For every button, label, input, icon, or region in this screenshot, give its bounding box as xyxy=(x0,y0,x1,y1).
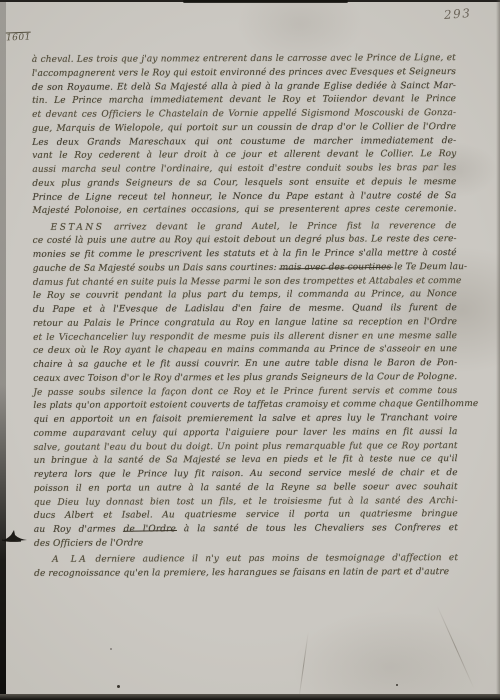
manuscript-line: deux plus grands Seigneurs de sa Cour, l… xyxy=(32,176,456,192)
manuscript-line: monies se fit comme le prescrivent les s… xyxy=(33,247,457,263)
paragraph-initial-caps: A LA xyxy=(52,555,88,565)
manuscript-line: chaire à sa gauche et le fit aussi couvr… xyxy=(33,357,457,373)
paragraph-initial-caps: ESTANS xyxy=(51,222,105,232)
paper-crease xyxy=(298,632,308,699)
manuscript-line: comme auparavant celuy qui apporta l'aig… xyxy=(33,426,457,442)
struck-text: de l'Ordre xyxy=(124,524,176,534)
manuscript-line: des Officiers de l'Ordre xyxy=(34,536,458,552)
manuscript-line: gauche de Sa Majesté soubs un Dais sans … xyxy=(33,261,457,277)
ink-speck xyxy=(117,685,120,688)
manuscript-line: aussi marcha seul contre l'ordinaire, qu… xyxy=(32,162,456,178)
struck-text: mais avec des courtines xyxy=(280,262,392,272)
manuscript-line: retour au Palais le Prince congratula au… xyxy=(33,316,457,332)
page-top-edge xyxy=(183,0,348,3)
paper-crease xyxy=(437,606,475,689)
manuscript-line: de recognoissance qu'en la premiere, les… xyxy=(34,566,458,582)
manuscript-line: à cheval. Les trois que j'ay nommez entr… xyxy=(32,52,456,68)
manuscript-line: reytera lors que le Prince luy fit raiso… xyxy=(34,467,458,483)
ink-speck xyxy=(110,648,112,650)
page-right-edge xyxy=(496,0,500,700)
manuscript-scan: 293 1601 à cheval. Les trois que j'ay no… xyxy=(0,0,500,700)
manuscript-page: 293 1601 à cheval. Les trois que j'ay no… xyxy=(0,2,500,696)
manuscript-line: du Pape et à l'Evesque de Ladislau d'en … xyxy=(33,302,457,318)
text-block: à cheval. Les trois que j'ay nommez entr… xyxy=(32,52,458,581)
page-bottom-edge xyxy=(0,694,500,700)
manuscript-line: et devant ces Officiers le Chastelain de… xyxy=(32,107,456,123)
manuscript-line: ceaux avec Toison d'or le Roy d'armes et… xyxy=(33,371,457,387)
manuscript-line: au Roy d'armes de l'Ordre à la santé de … xyxy=(34,522,458,538)
manuscript-line: gue, Marquis de Wielopole, qui portoit s… xyxy=(32,121,456,137)
folio-number: 293 xyxy=(443,6,471,22)
manuscript-line: poisson il en porta un autre à la santé … xyxy=(34,481,458,497)
manuscript-line: A LA derniere audience il n'y eut pas mo… xyxy=(34,552,458,568)
manuscript-line: l'accompagnerent vers le Roy qui estoit … xyxy=(32,66,456,82)
binding-shadow xyxy=(0,0,6,700)
margin-year-note: 1601 xyxy=(6,33,31,44)
ink-speck xyxy=(396,684,398,686)
manuscript-line: Majesté Polonoise, en certaines occasion… xyxy=(33,203,457,219)
manuscript-line: qui en apportoit un en faisoit premierem… xyxy=(33,412,457,428)
